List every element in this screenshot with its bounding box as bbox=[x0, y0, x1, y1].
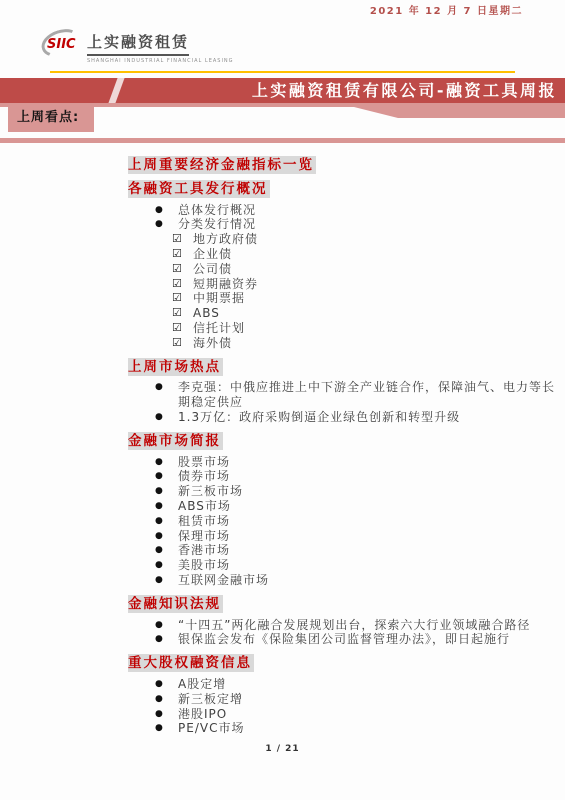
outline-item-label: 美股市场 bbox=[178, 558, 558, 573]
outline-item: ●债券市场 bbox=[128, 469, 558, 484]
checkbox-icon: ☑ bbox=[172, 277, 193, 292]
title-band: 上实融资租赁有限公司-融资工具周报 bbox=[0, 78, 565, 103]
logo-siic-text: SIIC bbox=[47, 37, 76, 52]
company-name: 上实融资租赁 bbox=[87, 31, 189, 56]
outline-item: ●港股IPO bbox=[128, 707, 558, 722]
page-number: 1 / 21 bbox=[0, 744, 565, 754]
outline-item: ☑企业债 bbox=[128, 247, 558, 262]
outline-item: ●美股市场 bbox=[128, 558, 558, 573]
outline-item-label: 新三板定增 bbox=[178, 692, 558, 707]
outline: 上周重要经济金融指标一览各融资工具发行概况●总体发行概况●分类发行情况☑地方政府… bbox=[128, 157, 558, 736]
outline-item: ●PE/VC市场 bbox=[128, 721, 558, 736]
bullet-icon: ● bbox=[155, 499, 178, 514]
section-heading: 上周重要经济金融指标一览 bbox=[128, 158, 558, 173]
outline-item-label: PE/VC市场 bbox=[178, 721, 558, 736]
outline-item-label: 企业债 bbox=[193, 247, 558, 262]
section-heading-label: 重大股权融资信息 bbox=[128, 654, 254, 672]
outline-item: ●互联网金融市场 bbox=[128, 573, 558, 588]
report-date: 2021 年 12 月 7 日星期二 bbox=[370, 2, 523, 17]
outline-item: ●分类发行情况 bbox=[128, 217, 558, 232]
section-heading-label: 金融知识法规 bbox=[128, 595, 223, 613]
outline-item-label: 总体发行概况 bbox=[178, 203, 558, 218]
section-heading-label: 上周重要经济金融指标一览 bbox=[128, 156, 316, 174]
section-heading: 金融市场简报 bbox=[128, 434, 558, 449]
company-logo: SIIC 上实融资租赁 SHANGHAI INDUSTRIAL FINANCIA… bbox=[40, 29, 234, 64]
outline-item-label: 中期票据 bbox=[193, 291, 558, 306]
outline-item-label: 新三板市场 bbox=[178, 484, 558, 499]
outline-item-label: 香港市场 bbox=[178, 543, 558, 558]
checkbox-icon: ☑ bbox=[172, 291, 193, 306]
outline-item: ●ABS市场 bbox=[128, 499, 558, 514]
outline-item-label: 股票市场 bbox=[178, 455, 558, 470]
bullet-icon: ● bbox=[155, 721, 178, 736]
checkbox-icon: ☑ bbox=[172, 306, 193, 321]
bullet-icon: ● bbox=[155, 469, 178, 484]
gold-divider bbox=[50, 71, 515, 73]
bullet-icon: ● bbox=[155, 692, 178, 707]
section-heading: 上周市场热点 bbox=[128, 360, 558, 375]
outline-item-label: 信托计划 bbox=[193, 321, 558, 336]
outline-item: ●股票市场 bbox=[128, 455, 558, 470]
outline-item-label: “十四五”两化融合发展规划出台，探索六大行业领域融合路径 bbox=[178, 618, 558, 633]
document-page: SIIC 上实融资租赁 SHANGHAI INDUSTRIAL FINANCIA… bbox=[0, 0, 565, 800]
outline-item-label: 互联网金融市场 bbox=[178, 573, 558, 588]
section-heading-label: 各融资工具发行概况 bbox=[128, 180, 270, 198]
bullet-icon: ● bbox=[155, 484, 178, 499]
bullet-icon: ● bbox=[155, 677, 178, 692]
outline-item: ●“十四五”两化融合发展规划出台，探索六大行业领域融合路径 bbox=[128, 618, 558, 633]
outline-item: ☑信托计划 bbox=[128, 321, 558, 336]
bullet-icon: ● bbox=[155, 455, 178, 470]
section-heading-label: 金融市场简报 bbox=[128, 432, 223, 450]
checkbox-icon: ☑ bbox=[172, 262, 193, 277]
outline-item: ☑公司债 bbox=[128, 262, 558, 277]
outline-item: ●A股定增 bbox=[128, 677, 558, 692]
highlights-label: 上周看点: bbox=[8, 104, 94, 132]
bullet-icon: ● bbox=[155, 529, 178, 544]
outline-item: ●银保监会发布《保险集团公司监督管理办法》，即日起施行 bbox=[128, 632, 558, 647]
outline-item-label: ABS市场 bbox=[178, 499, 558, 514]
outline-item-label: 海外债 bbox=[193, 336, 558, 351]
checkbox-icon: ☑ bbox=[172, 247, 193, 262]
bullet-icon: ● bbox=[155, 514, 178, 529]
outline-item-label: ABS bbox=[193, 306, 558, 321]
logo-text-block: 上实融资租赁 SHANGHAI INDUSTRIAL FINANCIAL LEA… bbox=[87, 31, 234, 64]
outline-item-label: 李克强：中俄应推进上中下游全产业链合作，保障油气、电力等长期稳定供应 bbox=[178, 380, 558, 410]
outline-item: ●李克强：中俄应推进上中下游全产业链合作，保障油气、电力等长期稳定供应 bbox=[128, 380, 558, 410]
outline-item: ●租赁市场 bbox=[128, 514, 558, 529]
outline-item-label: 地方政府债 bbox=[193, 232, 558, 247]
outline-item: ☑中期票据 bbox=[128, 291, 558, 306]
bullet-icon: ● bbox=[155, 632, 178, 647]
bullet-icon: ● bbox=[155, 573, 178, 588]
outline-item: ☑海外债 bbox=[128, 336, 558, 351]
outline-item-label: 港股IPO bbox=[178, 707, 558, 722]
outline-item-label: 保理市场 bbox=[178, 529, 558, 544]
section-heading: 各融资工具发行概况 bbox=[128, 182, 558, 197]
section-heading: 重大股权融资信息 bbox=[128, 656, 558, 671]
outline-item: ●1.3万亿：政府采购倒逼企业绿色创新和转型升级 bbox=[128, 410, 558, 425]
outline-item: ☑地方政府债 bbox=[128, 232, 558, 247]
outline-item-label: 短期融资券 bbox=[193, 277, 558, 292]
slash-decoration bbox=[108, 78, 124, 103]
bullet-icon: ● bbox=[155, 618, 178, 633]
outline-item: ●新三板市场 bbox=[128, 484, 558, 499]
siic-logo-mark: SIIC bbox=[40, 29, 82, 57]
checkbox-icon: ☑ bbox=[172, 232, 193, 247]
outline-item-label: A股定增 bbox=[178, 677, 558, 692]
outline-item: ●香港市场 bbox=[128, 543, 558, 558]
outline-item: ●保理市场 bbox=[128, 529, 558, 544]
outline-item: ☑ABS bbox=[128, 306, 558, 321]
highlights-label-box: 上周看点: bbox=[8, 104, 94, 132]
outline-item: ☑短期融资券 bbox=[128, 277, 558, 292]
bullet-icon: ● bbox=[155, 203, 178, 218]
outline-item-label: 银保监会发布《保险集团公司监督管理办法》，即日起施行 bbox=[178, 632, 558, 647]
bullet-icon: ● bbox=[155, 410, 178, 425]
bullet-icon: ● bbox=[155, 217, 178, 232]
bullet-icon: ● bbox=[155, 543, 178, 558]
bullet-icon: ● bbox=[155, 558, 178, 573]
outline-item-label: 分类发行情况 bbox=[178, 217, 558, 232]
bullet-icon: ● bbox=[155, 380, 178, 410]
company-name-english: SHANGHAI INDUSTRIAL FINANCIAL LEASING bbox=[87, 58, 234, 64]
section-heading-label: 上周市场热点 bbox=[128, 358, 223, 376]
section-heading: 金融知识法规 bbox=[128, 597, 558, 612]
report-title: 上实融资租赁有限公司-融资工具周报 bbox=[252, 78, 557, 103]
outline-item-label: 租赁市场 bbox=[178, 514, 558, 529]
bullet-icon: ● bbox=[155, 707, 178, 722]
outline-item: ●总体发行概况 bbox=[128, 203, 558, 218]
outline-item-label: 公司债 bbox=[193, 262, 558, 277]
outline-item: ●新三板定增 bbox=[128, 692, 558, 707]
checkbox-icon: ☑ bbox=[172, 336, 193, 351]
outline-item-label: 债券市场 bbox=[178, 469, 558, 484]
checkbox-icon: ☑ bbox=[172, 321, 193, 336]
pink-rule bbox=[0, 138, 565, 143]
outline-item-label: 1.3万亿：政府采购倒逼企业绿色创新和转型升级 bbox=[178, 410, 558, 425]
